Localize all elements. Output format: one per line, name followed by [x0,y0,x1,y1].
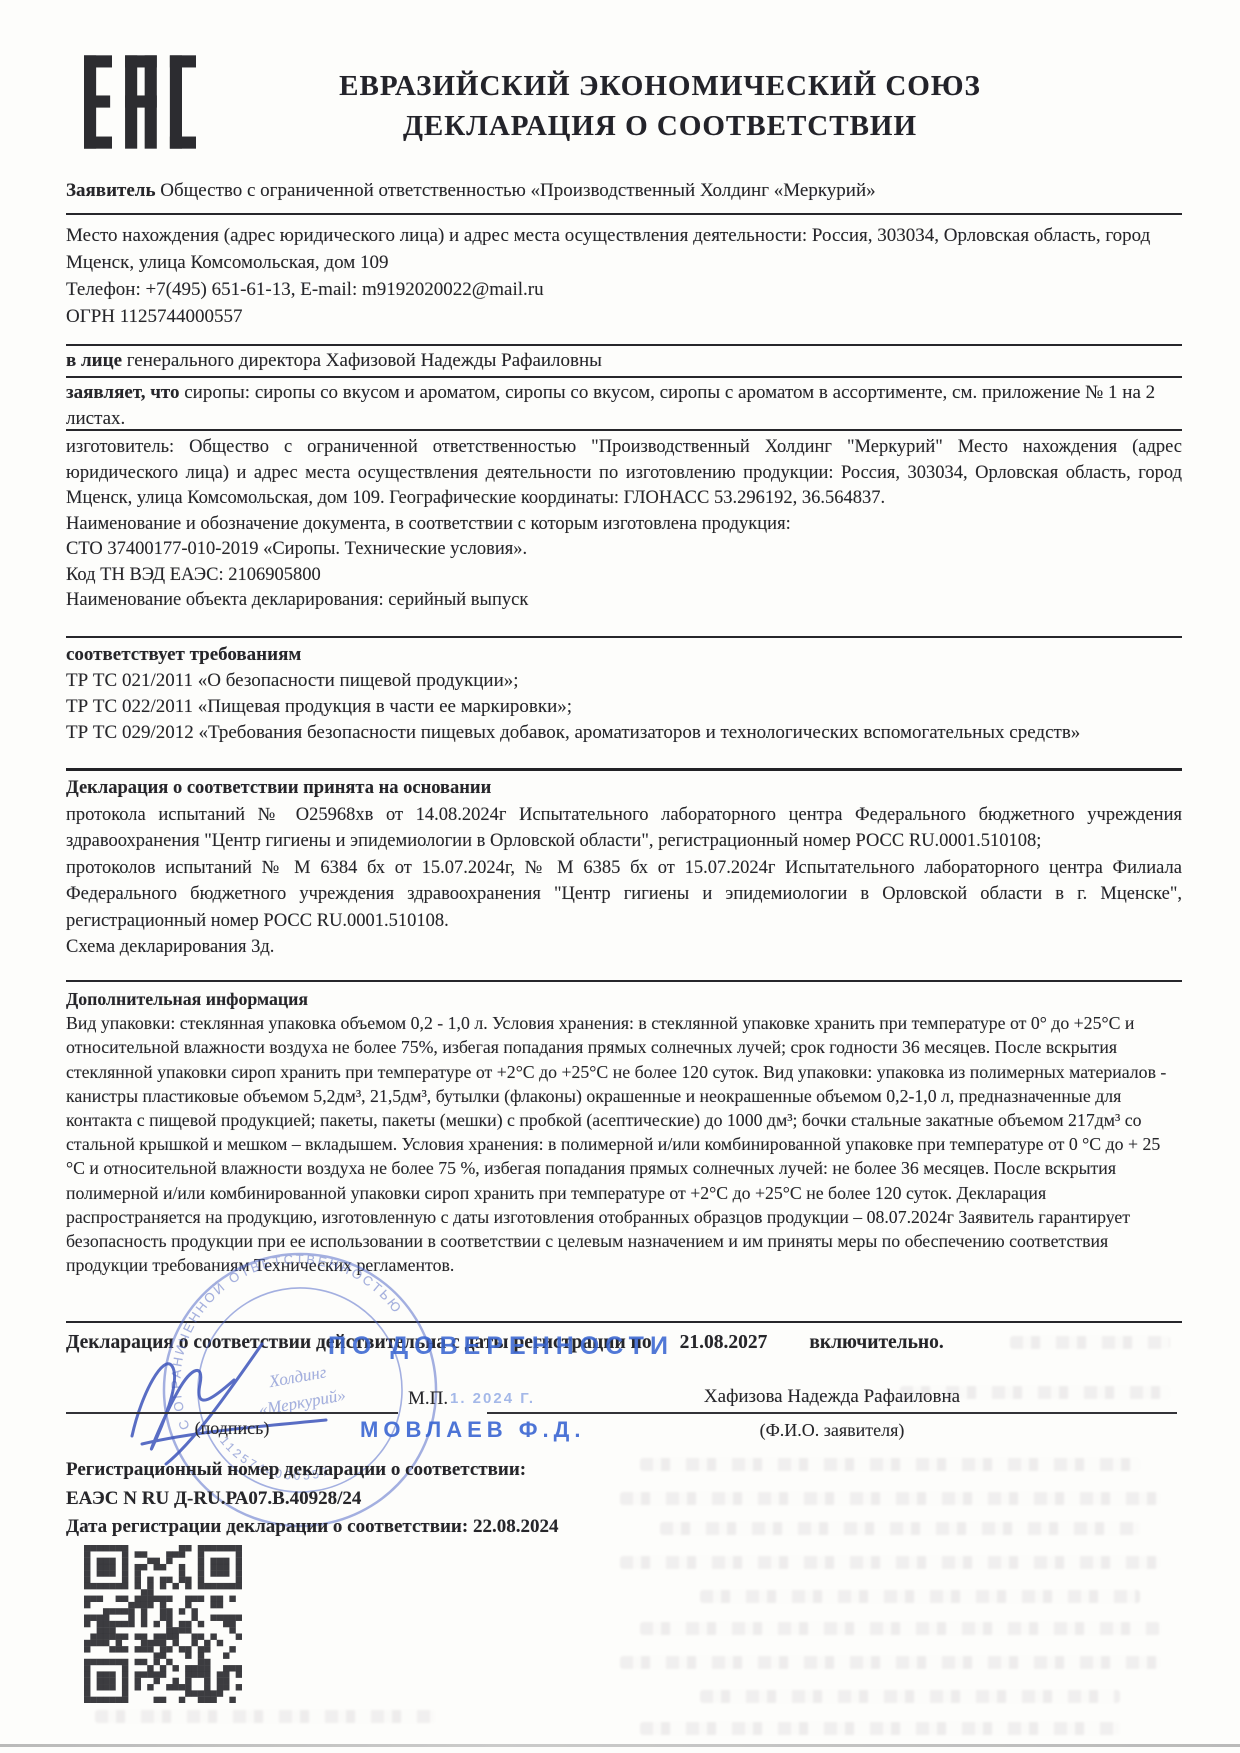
scan-ghost-text [620,1556,1160,1569]
scan-ghost-text [660,1522,1140,1535]
compliance-item: ТР ТС 022/2011 «Пищевая продукция в част… [66,694,1182,720]
compliance-section: соответствует требованиям ТР ТС 021/2011… [66,638,1182,771]
scan-ghost-text [700,1590,1140,1603]
document-title: ЕВРАЗИЙСКИЙ ЭКОНОМИЧЕСКИЙ СОЮЗ ДЕКЛАРАЦИ… [220,66,1100,150]
scan-ghost-text [640,1622,1160,1635]
declares-text: сиропы: сиропы со вкусом и ароматом, сир… [66,382,1155,429]
applicant-address: Место нахождения (адрес юридического лиц… [66,222,1182,276]
compliance-item: ТР ТС 029/2012 «Требования безопасности … [66,720,1182,746]
compliance-label: соответствует требованиям [66,642,1182,668]
manufacturer-section: изготовитель: Общество с ограниченной от… [66,431,1182,638]
manufacturer-paragraph: изготовитель: Общество с ограниченной от… [66,435,1182,512]
manufacturer-object: Наименование объекта декларирования: сер… [66,588,1182,614]
applicant-section: Заявитель Общество с ограниченной ответс… [66,180,1182,215]
scan-edge-line [0,1744,1240,1747]
scan-ghost-text [640,1458,1140,1471]
applicant-name: Общество с ограниченной ответственностью… [160,180,875,201]
scan-ghost-text [620,1656,1160,1669]
basis-protocol-1: протокола испытаний № О25968хв от 14.08.… [66,802,1182,855]
validity-date: 21.08.2027 [680,1332,768,1353]
representative-text: генерального директора Хафизовой Надежды… [127,350,602,371]
manufacturer-doc-line: Наименование и обозначение документа, в … [66,512,1182,538]
declares-section: заявляет, что сиропы: сиропы со вкусом и… [66,378,1182,431]
scan-ghost-text [95,1710,435,1723]
applicant-ogrn: ОГРН 1125744000557 [66,303,1182,330]
title-line1: ЕВРАЗИЙСКИЙ ЭКОНОМИЧЕСКИЙ СОЮЗ [220,66,1100,106]
compliance-item: ТР ТС 021/2011 «О безопасности пищевой п… [66,668,1182,694]
additional-info-label: Дополнительная информация [66,987,1182,1011]
fio-caption: (Ф.И.О. заявителя) [487,1420,1177,1441]
fio-line [487,1412,1177,1414]
representative-label: в лице [66,350,122,371]
applicant-label: Заявитель [66,180,156,201]
basis-section: Декларация о соответствии принята на осн… [66,771,1182,982]
scan-ghost-text [620,1492,1160,1505]
basis-protocol-2: протоколов испытаний № М 6384 бх от 15.0… [66,855,1182,935]
validity-suffix: включительно. [809,1332,943,1353]
signature-caption: (подпись) [66,1418,398,1439]
basis-label: Декларация о соответствии принята на осн… [66,775,1182,802]
stamp-po-doverennosti: ПО ДОВЕРЕННОСТИ [328,1332,674,1361]
declares-label: заявляет, что [66,382,180,403]
scan-ghost-text [700,1690,1120,1703]
signature-line [66,1412,398,1414]
applicant-details-section: Место нахождения (адрес юридического лиц… [66,215,1182,346]
scan-ghost-text [900,1386,1170,1399]
applicant-phone: Телефон: +7(495) 651-61-13, E-mail: m919… [66,276,1182,303]
scan-ghost-text [1010,1336,1170,1349]
document-header: ЕВРАЗИЙСКИЙ ЭКОНОМИЧЕСКИЙ СОЮЗ ДЕКЛАРАЦИ… [84,54,1100,150]
representative-section: в лице генерального директора Хафизовой … [66,346,1182,378]
mp-seal-mark: М.П. [408,1388,448,1410]
scan-ghost-text [640,1722,1120,1735]
declaration-document: ЕВРАЗИЙСКИЙ ЭКОНОМИЧЕСКИЙ СОЮЗ ДЕКЛАРАЦИ… [0,0,1240,1753]
manufacturer-tnved: Код ТН ВЭД ЕАЭС: 2106905800 [66,563,1182,589]
manufacturer-sto: СТО 37400177-010-2019 «Сиропы. Техническ… [66,537,1182,563]
eac-logo-icon [84,54,196,150]
qr-code [84,1545,242,1703]
basis-scheme: Схема декларирования 3д. [66,934,1182,961]
title-line2: ДЕКЛАРАЦИЯ О СООТВЕТСТВИИ [220,106,1100,146]
additional-info-text: Вид упаковки: стеклянная упаковка объемо… [66,1011,1182,1277]
